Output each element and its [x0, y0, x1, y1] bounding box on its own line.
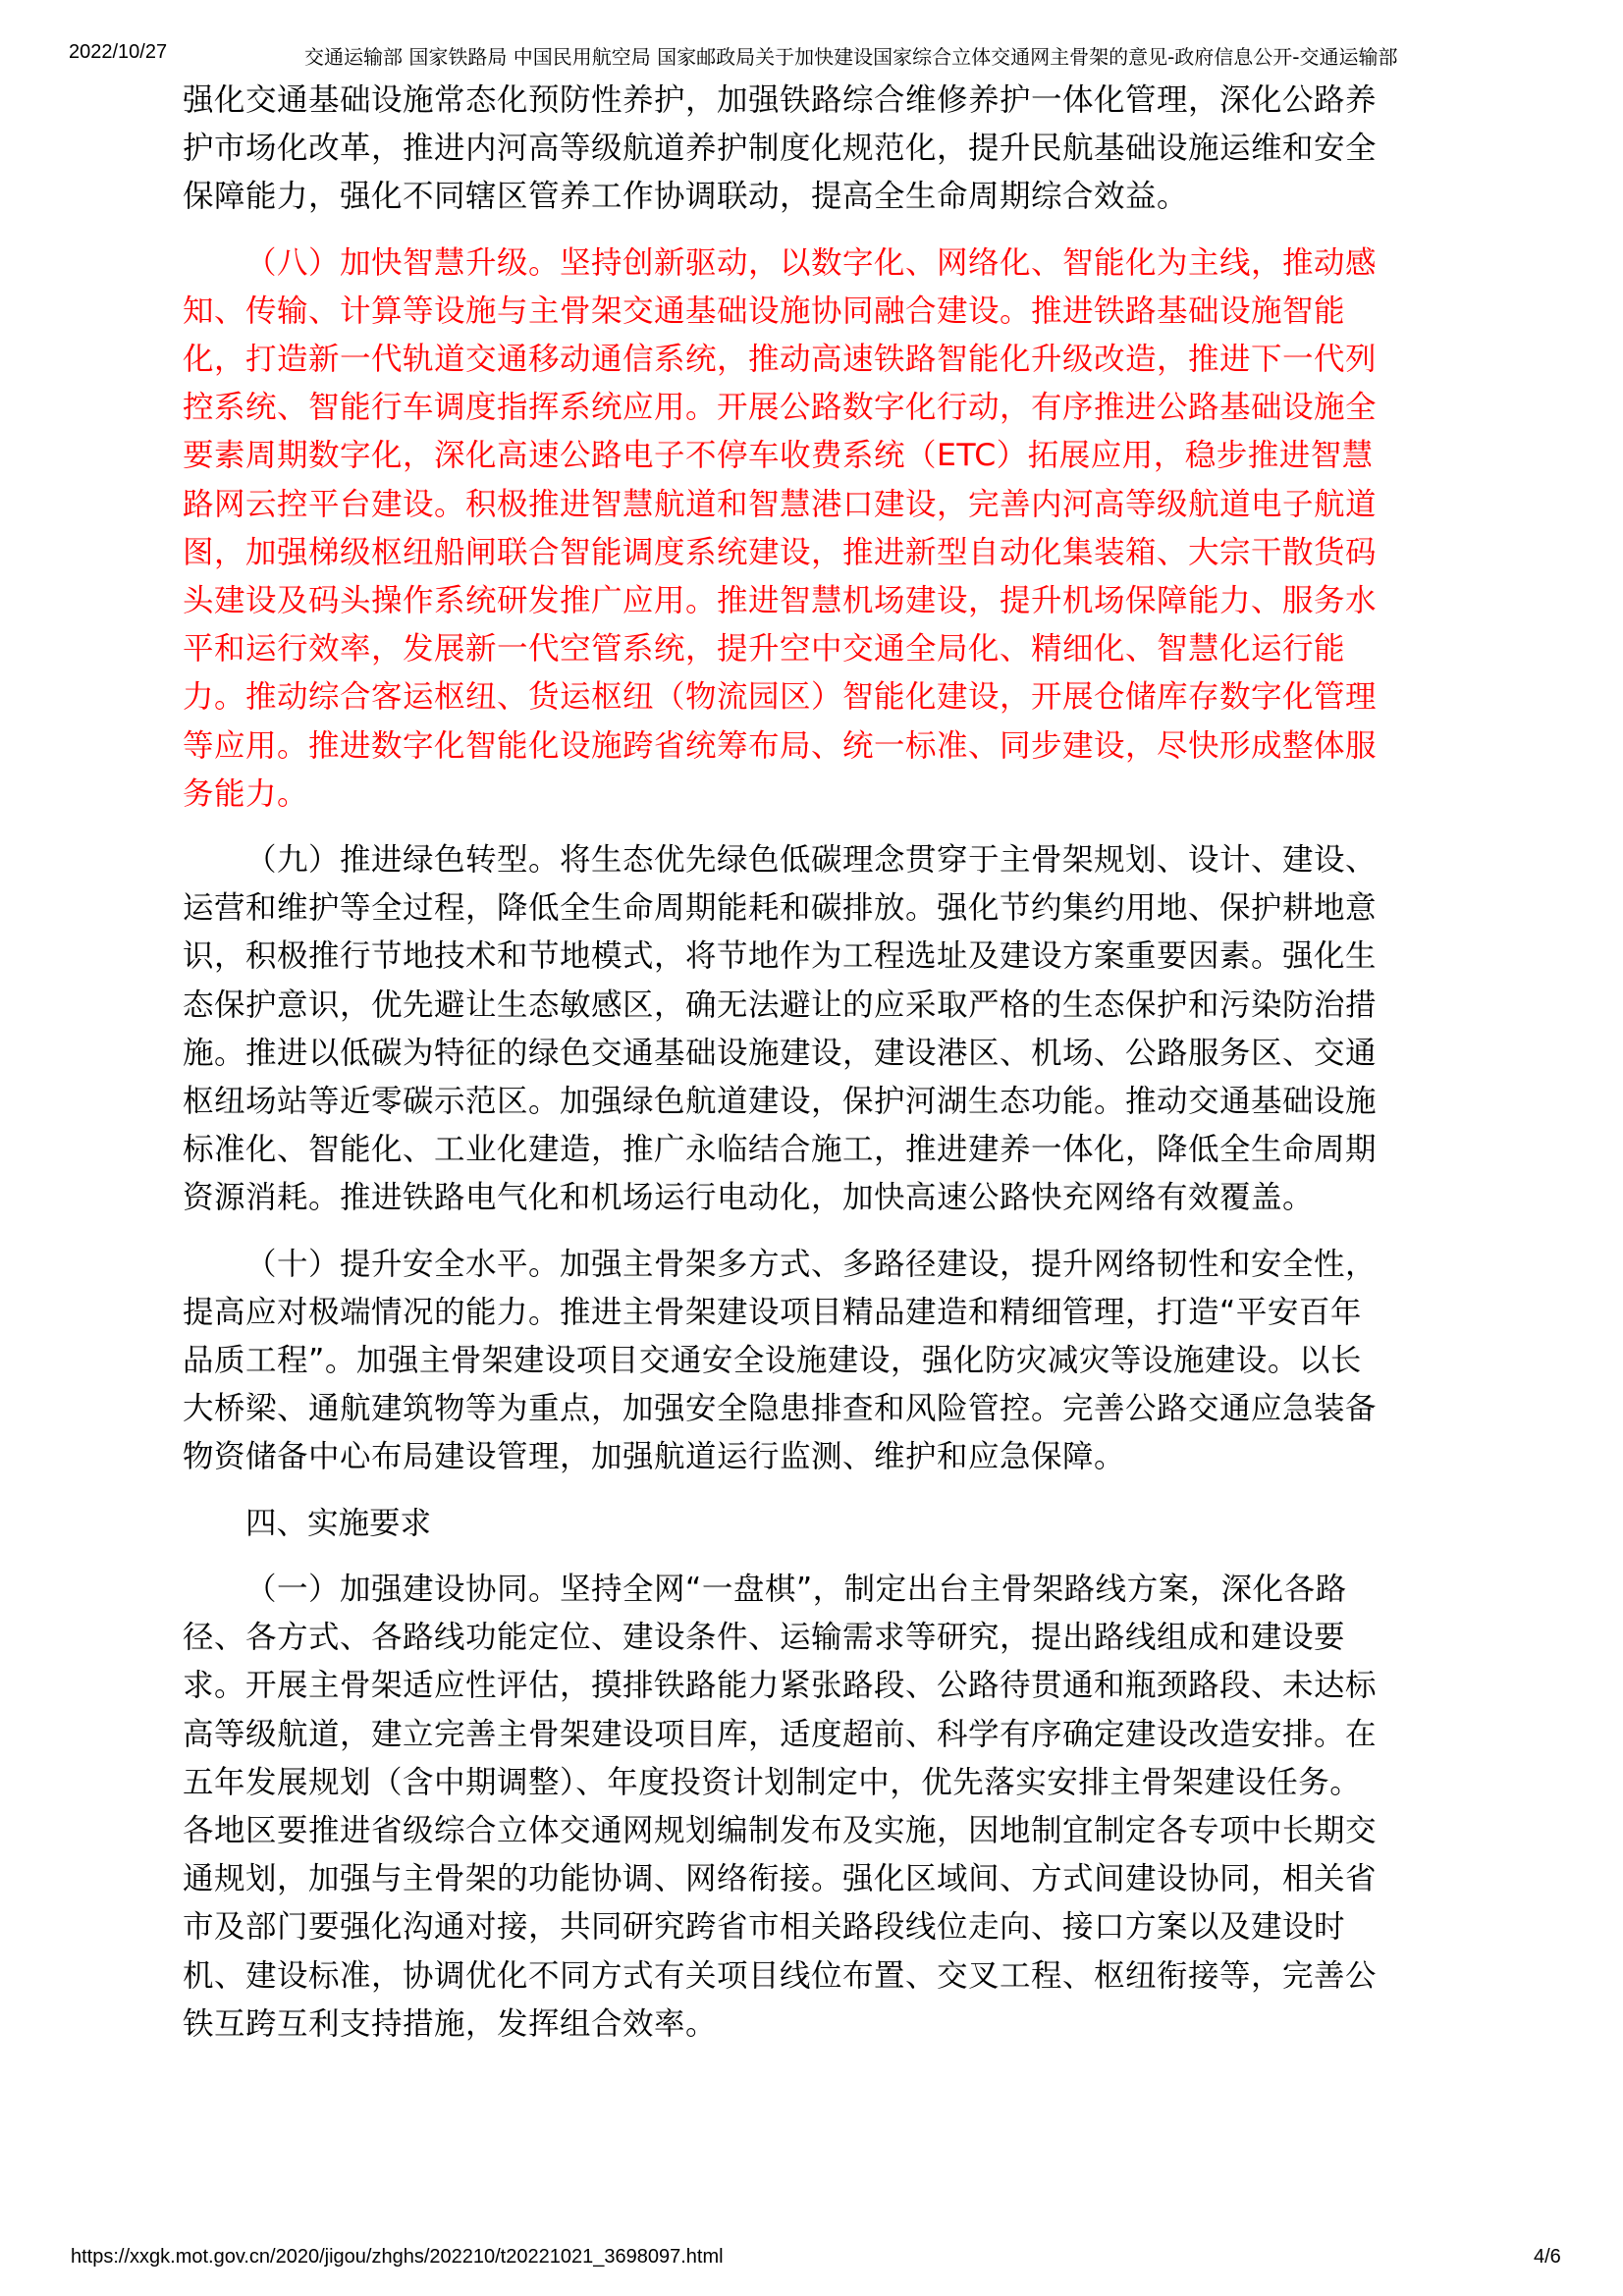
- text-line: 枢纽场站等近零碳示范区。加强绿色航道建设，保护河湖生态功能。推动交通基础设施: [183, 1078, 1449, 1126]
- print-date: 2022/10/27: [69, 41, 167, 64]
- section-heading: 四、实施要求: [183, 1500, 1449, 1548]
- text-line: （八）加快智慧升级。坚持创新驱动，以数字化、网络化、智能化为主线，推动感: [183, 240, 1449, 288]
- text-line: 等应用。推进数字化智能化设施跨省统筹布局、统一标准、同步建设，尽快形成整体服: [183, 722, 1449, 771]
- text-line: 头建设及码头操作系统研发推广应用。推进智慧机场建设，提升机场保障能力、服务水: [183, 577, 1449, 625]
- text-line: 机、建设标准，协调优化不同方式有关项目线位布置、交叉工程、枢纽衔接等，完善公: [183, 1952, 1449, 2001]
- text-line: 保障能力，强化不同辖区管养工作协调联动，提高全生命周期综合效益。: [183, 173, 1449, 221]
- text-line: 高等级航道，建立完善主骨架建设项目库，适度超前、科学有序确定建设改造安排。在: [183, 1711, 1449, 1759]
- text-line: 化，打造新一代轨道交通移动通信系统，推动高速铁路智能化升级改造，推进下一代列: [183, 336, 1449, 384]
- text-line: 强化交通基础设施常态化预防性养护，加强铁路综合维修养护一体化管理，深化公路养: [183, 77, 1449, 125]
- paragraph-req-1-coordination: （一）加强建设协同。坚持全网“一盘棋”，制定出台主骨架路线方案，深化各路径、各方…: [183, 1566, 1449, 2049]
- text-line: 品质工程”。加强主骨架建设项目交通安全设施建设，强化防灾减灾等设施建设。以长: [183, 1337, 1449, 1385]
- paragraph-section-8-smart-upgrade: （八）加快智慧升级。坚持创新驱动，以数字化、网络化、智能化为主线，推动感知、传输…: [183, 240, 1449, 819]
- text-line: 铁互跨互利支持措施，发挥组合效率。: [183, 2001, 1449, 2049]
- text-line: （一）加强建设协同。坚持全网“一盘棋”，制定出台主骨架路线方案，深化各路: [183, 1566, 1449, 1614]
- text-line: 运营和维护等全过程，降低全生命周期能耗和碳排放。强化节约集约用地、保护耕地意: [183, 884, 1449, 933]
- page-number: 4/6: [1534, 2246, 1561, 2269]
- paragraph-section-9-green-transition: （九）推进绿色转型。将生态优先绿色低碳理念贯穿于主骨架规划、设计、建设、运营和维…: [183, 836, 1449, 1223]
- text-line: 识，积极推行节地技术和节地模式，将节地作为工程选址及建设方案重要因素。强化生: [183, 933, 1449, 981]
- text-line: （九）推进绿色转型。将生态优先绿色低碳理念贯穿于主骨架规划、设计、建设、: [183, 836, 1449, 884]
- paragraph-group-before: 强化交通基础设施常态化预防性养护，加强铁路综合维修养护一体化管理，深化公路养护市…: [183, 77, 1449, 1482]
- text-line: 市及部门要强化沟通对接，共同研究跨省市相关路段线位走向、接口方案以及建设时: [183, 1903, 1449, 1951]
- text-line: 路网云控平台建设。积极推进智慧航道和智慧港口建设，完善内河高等级航道电子航道: [183, 481, 1449, 529]
- text-line: 提高应对极端情况的能力。推进主骨架建设项目精品建造和精细管理，打造“平安百年: [183, 1289, 1449, 1337]
- paragraph-group-after: （一）加强建设协同。坚持全网“一盘棋”，制定出台主骨架路线方案，深化各路径、各方…: [183, 1566, 1449, 2049]
- text-line: 施。推进以低碳为特征的绿色交通基础设施建设，建设港区、机场、公路服务区、交通: [183, 1030, 1449, 1078]
- text-line: 控系统、智能行车调度指挥系统应用。开展公路数字化行动，有序推进公路基础设施全: [183, 384, 1449, 432]
- text-line: 护市场化改革，推进内河高等级航道养护制度化规范化，提升民航基础设施运维和安全: [183, 125, 1449, 173]
- text-line: 平和运行效率，发展新一代空管系统，提升空中交通全局化、精细化、智慧化运行能: [183, 625, 1449, 673]
- page-title: 交通运输部 国家铁路局 中国民用航空局 国家邮政局关于加快建设国家综合立体交通网…: [304, 41, 1398, 70]
- text-line: 资源消耗。推进铁路电气化和机场运行电动化，加快高速公路快充网络有效覆盖。: [183, 1174, 1449, 1222]
- print-header: 2022/10/27 交通运输部 国家铁路局 中国民用航空局 国家邮政局关于加快…: [0, 37, 1623, 67]
- text-line: 图，加强梯级枢纽船闸联合智能调度系统建设，推进新型自动化集装箱、大宗干散货码: [183, 529, 1449, 577]
- text-line: （十）提升安全水平。加强主骨架多方式、多路径建设，提升网络韧性和安全性，: [183, 1241, 1449, 1289]
- text-line: 知、传输、计算等设施与主骨架交通基础设施协同融合建设。推进铁路基础设施智能: [183, 288, 1449, 336]
- text-line: 大桥梁、通航建筑物等为重点，加强安全隐患排查和风险管控。完善公路交通应急装备: [183, 1385, 1449, 1433]
- paragraph-maintenance-continued: 强化交通基础设施常态化预防性养护，加强铁路综合维修养护一体化管理，深化公路养护市…: [183, 77, 1449, 222]
- text-line: 力。推动综合客运枢纽、货运枢纽（物流园区）智能化建设，开展仓储库存数字化管理: [183, 673, 1449, 721]
- paragraph-section-10-safety: （十）提升安全水平。加强主骨架多方式、多路径建设，提升网络韧性和安全性，提高应对…: [183, 1241, 1449, 1482]
- source-url: https://xxgk.mot.gov.cn/2020/jigou/zhghs…: [71, 2246, 724, 2269]
- text-line: 标准化、智能化、工业化建造，推广永临结合施工，推进建养一体化，降低全生命周期: [183, 1126, 1449, 1174]
- text-line: 通规划，加强与主骨架的功能协调、网络衔接。强化区域间、方式间建设协同，相关省: [183, 1855, 1449, 1903]
- text-line: 要素周期数字化，深化高速公路电子不停车收费系统（ETC）拓展应用，稳步推进智慧: [183, 432, 1449, 480]
- text-line: 各地区要推进省级综合立体交通网规划编制发布及实施，因地制宜制定各专项中长期交: [183, 1807, 1449, 1855]
- document-body: 强化交通基础设施常态化预防性养护，加强铁路综合维修养护一体化管理，深化公路养护市…: [183, 77, 1449, 2066]
- text-line: 求。开展主骨架适应性评估，摸排铁路能力紧张路段、公路待贯通和瓶颈路段、未达标: [183, 1662, 1449, 1710]
- text-line: 态保护意识，优先避让生态敏感区，确无法避让的应采取严格的生态保护和污染防治措: [183, 982, 1449, 1030]
- text-line: 五年发展规划（含中期调整）、年度投资计划制定中，优先落实安排主骨架建设任务。: [183, 1759, 1449, 1807]
- text-line: 务能力。: [183, 771, 1449, 819]
- print-footer: https://xxgk.mot.gov.cn/2020/jigou/zhghs…: [0, 2246, 1623, 2275]
- text-line: 物资储备中心布局建设管理，加强航道运行监测、维护和应急保障。: [183, 1433, 1449, 1481]
- text-line: 径、各方式、各路线功能定位、建设条件、运输需求等研究，提出路线组成和建设要: [183, 1614, 1449, 1662]
